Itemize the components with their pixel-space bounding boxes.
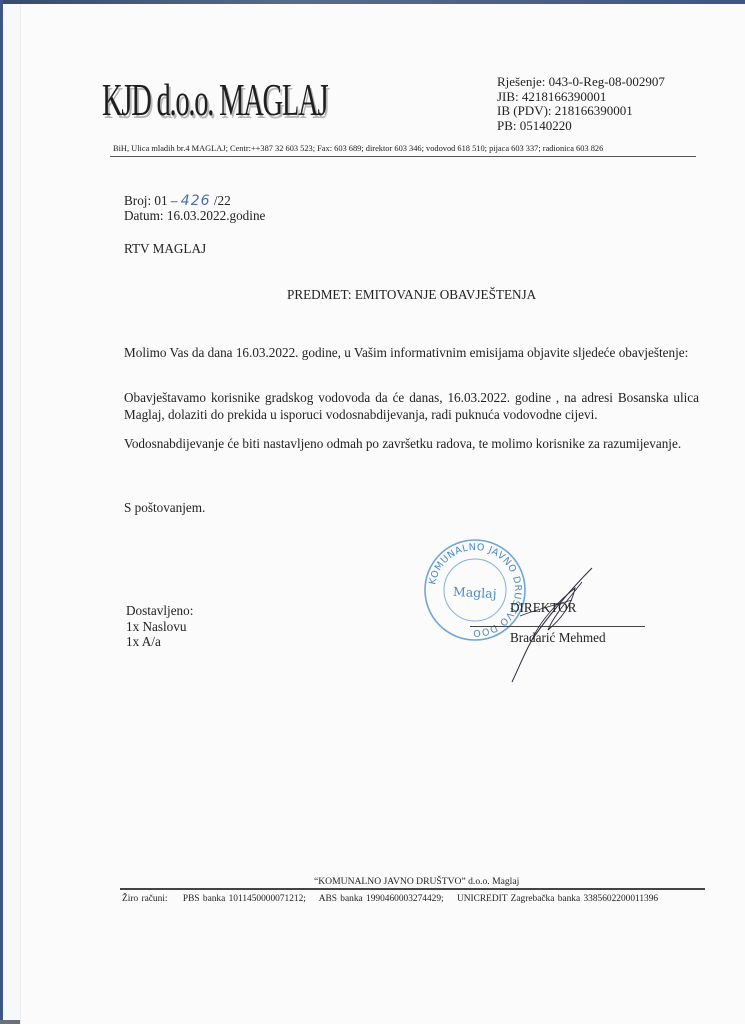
registration-number: Rješenje: 043-0-Reg-08-002907 — [497, 75, 665, 90]
document-number: Broj: 01 – 426 /22 — [124, 193, 231, 209]
footer-divider — [120, 888, 705, 890]
bank-account: UNICREDIT Zagrebačka banka 3385602200011… — [457, 894, 658, 904]
header-divider — [110, 156, 696, 157]
footer-company-name: “KOMUNALNO JAVNO DRUŠTVO” d.o.o. Maglaj — [314, 876, 519, 887]
body-paragraph-resumption: Vodosnabdijevanje će biti nastavljeno od… — [124, 436, 699, 453]
scan-edge-left — [0, 0, 3, 1024]
registration-block: Rješenje: 043-0-Reg-08-002907 JIB: 42181… — [497, 75, 665, 133]
delivery-item: 1x A/a — [126, 634, 193, 650]
document-date: Datum: 16.03.2022.godine — [124, 208, 265, 224]
bank-accounts-label: Žiro računi: — [122, 894, 168, 904]
handwritten-number: 426 — [181, 193, 211, 209]
recipient: RTV MAGLAJ — [124, 241, 206, 257]
handwritten-signature-icon — [490, 560, 600, 685]
delivery-item: 1x Naslovu — [126, 619, 193, 635]
body-paragraph-notice: Obavještavamo korisnike gradskog vodovod… — [124, 390, 699, 423]
footer-bank-accounts: Žiro računi: PBS banka 1011450000071212;… — [122, 894, 668, 904]
bank-account: ABS banka 1990460003274429; — [319, 894, 444, 904]
vat-number: IB (PDV): 218166390001 — [497, 104, 665, 119]
pb-number: PB: 05140220 — [497, 119, 665, 134]
document-number-suffix: /22 — [211, 193, 231, 208]
company-logo: KJD d.o.o. MAGLAJ — [102, 70, 327, 130]
jib-number: JIB: 4218166390001 — [497, 90, 665, 105]
closing-salutation: S poštovanjem. — [124, 500, 205, 516]
body-paragraph-request: Molimo Vas da dana 16.03.2022. godine, u… — [124, 345, 699, 362]
document-number-prefix: Broj: 01 – — [124, 193, 181, 208]
scan-edge-bottom — [0, 1020, 22, 1024]
contact-line: BiH, Ulica mladih br.4 MAGLAJ; Centr:++3… — [113, 144, 603, 153]
delivery-list: Dostavljeno: 1x Naslovu 1x A/a — [126, 603, 193, 650]
bank-account: PBS banka 1011450000071212; — [183, 894, 306, 904]
subject-line: PREDMET: EMITOVANJE OBAVJEŠTENJA — [287, 287, 536, 303]
delivery-label: Dostavljeno: — [126, 603, 193, 619]
